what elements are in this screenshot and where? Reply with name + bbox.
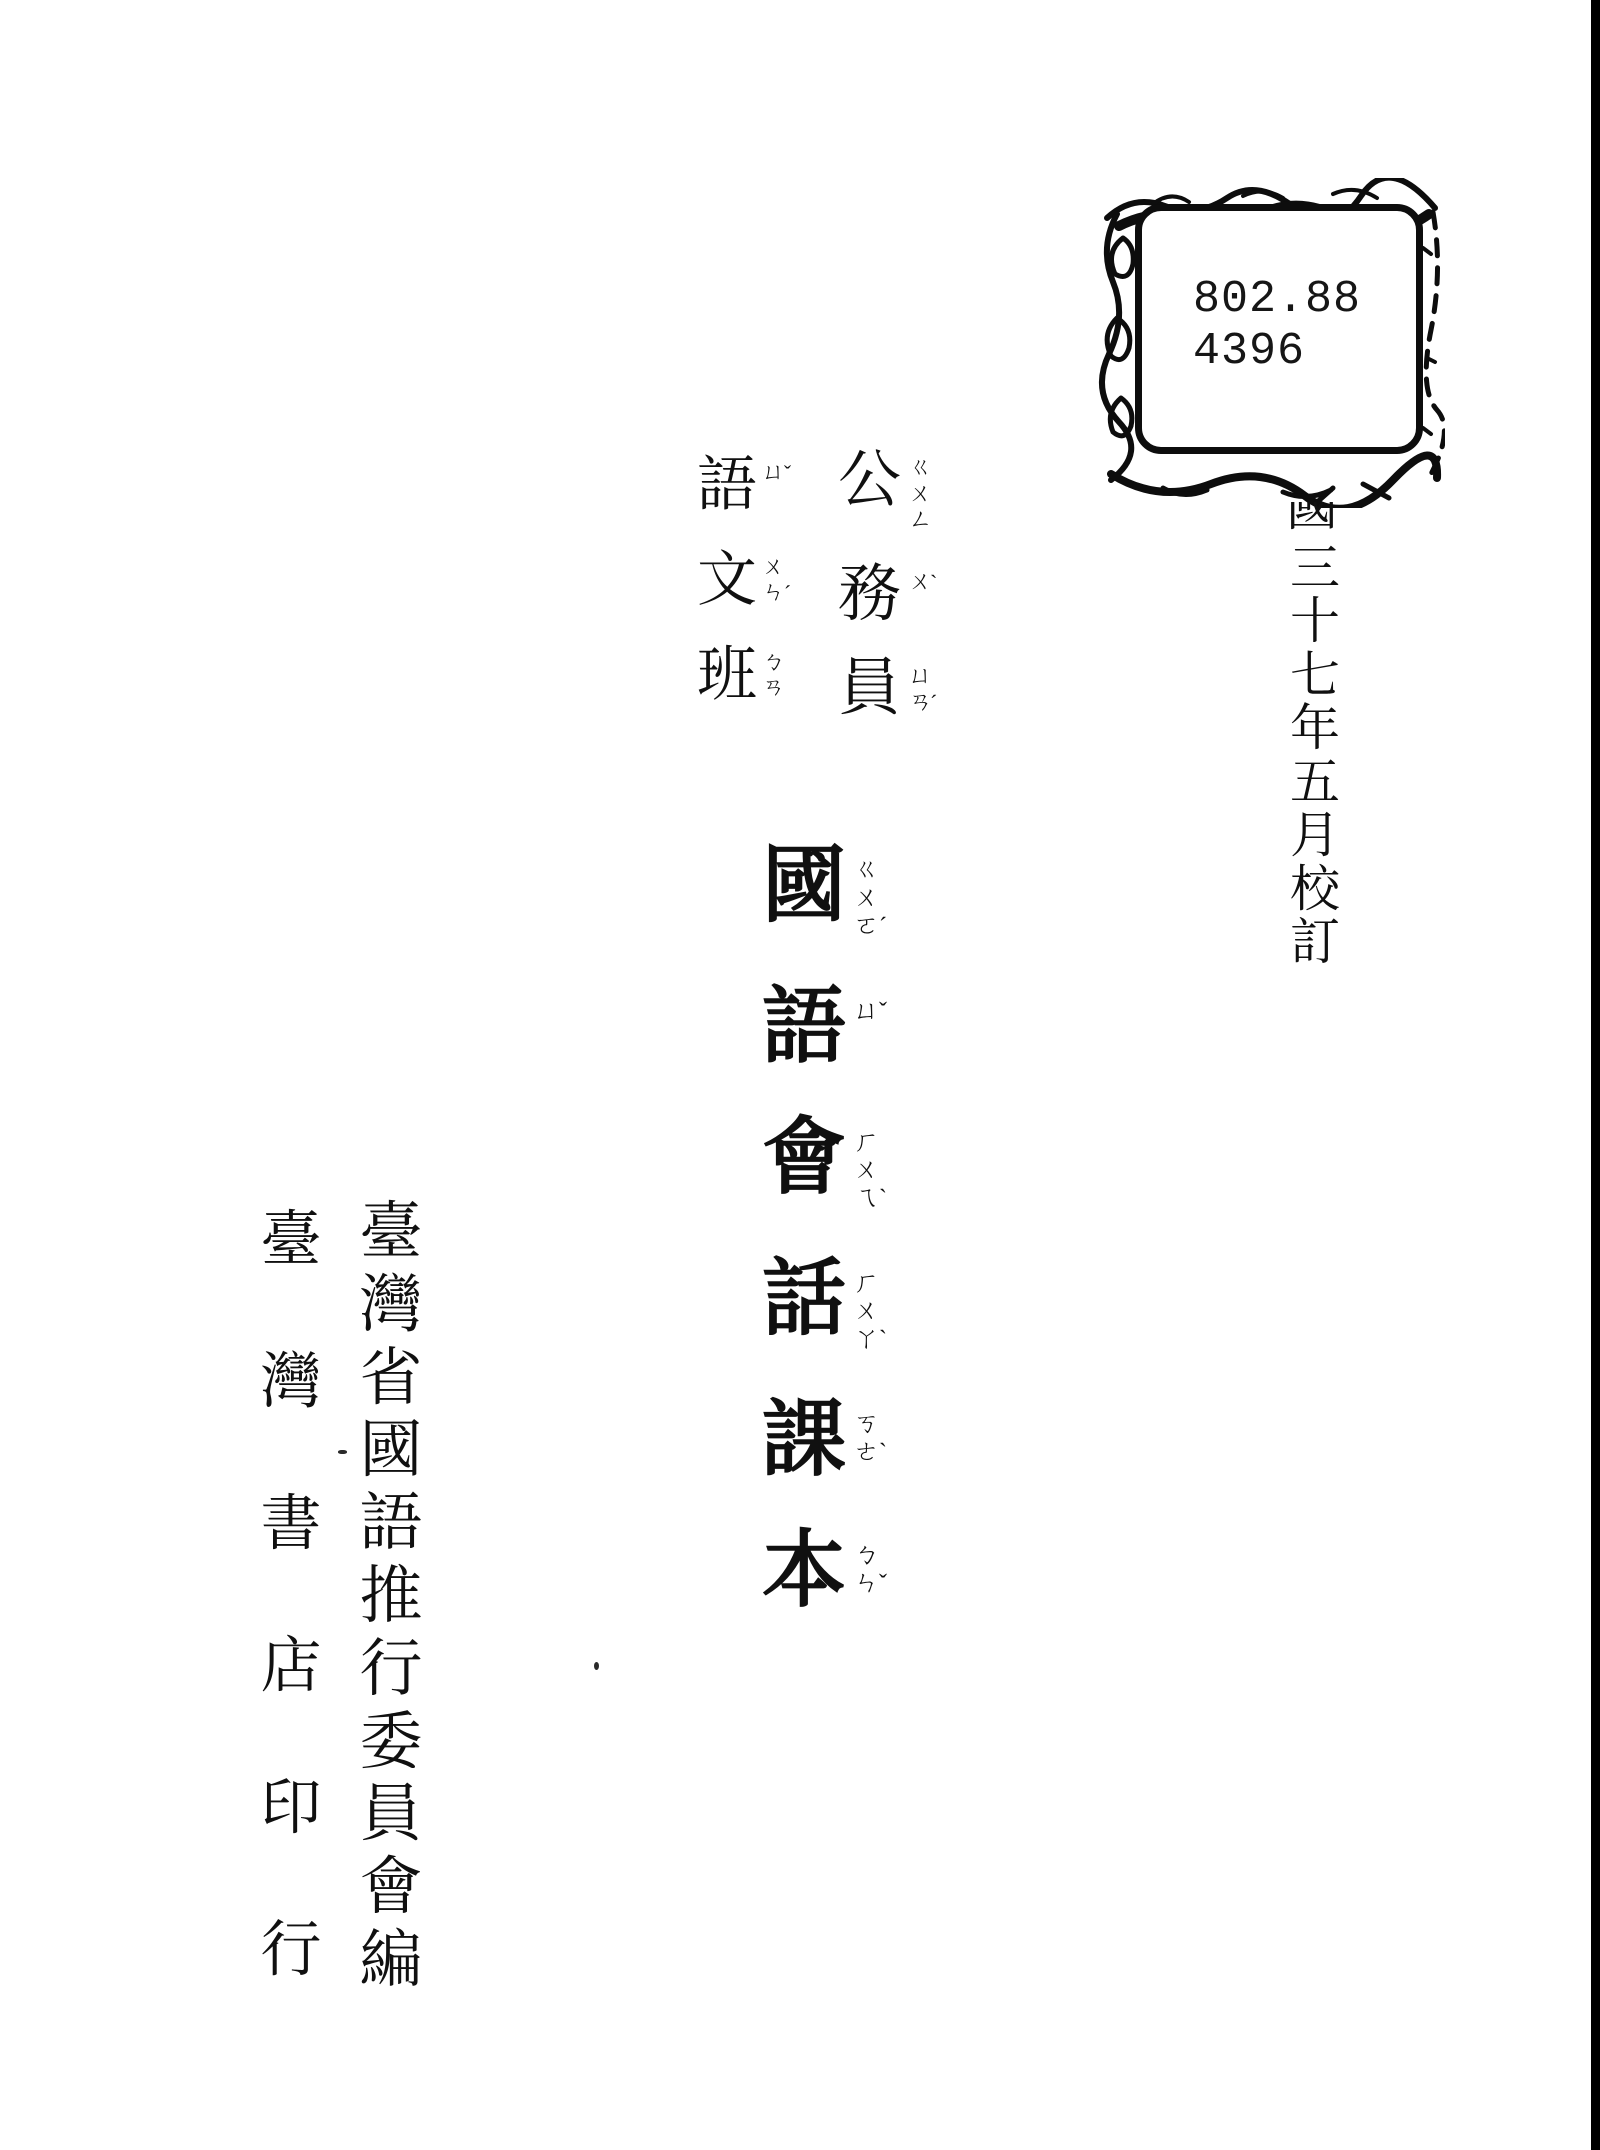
editor-char: 行	[360, 1637, 423, 1701]
zhuyin-glyphs: ㄨ	[905, 568, 929, 594]
zhuyin-annotation: ㄩˇ	[851, 996, 887, 1024]
editor-char: 語	[360, 1491, 423, 1555]
revision-char: 七	[1290, 650, 1340, 700]
editor-char: 委	[360, 1710, 423, 1774]
zhuyin-glyphs: ㄏㄨㄟ	[851, 1127, 877, 1211]
course-label-gongwuyuan: 公 ㄍㄨㄥ 務 ㄨˋ 員 ㄩㄢˊ	[838, 449, 937, 720]
tone-mark: ˋ	[879, 1328, 887, 1352]
title-character-row: 本 ㄅㄣˇ	[762, 1530, 887, 1614]
hanzi-char: 公	[838, 449, 902, 512]
book-title: 國 ㄍㄨㄛˊ 語 ㄩˇ 會 ㄏㄨㄟˋ 話 ㄏㄨㄚˋ 課 ㄎㄜˋ 本 ㄅㄣˇ	[762, 845, 887, 1614]
hanzi-char: 文	[697, 550, 757, 610]
revision-char: 校	[1290, 864, 1340, 914]
annotated-character-row: 公 ㄍㄨㄥ	[838, 449, 937, 532]
partial-character-guo: 國	[1284, 502, 1340, 540]
title-character-row: 話 ㄏㄨㄚˋ	[762, 1258, 887, 1352]
zhuyin-annotation: ㄏㄨㄟˋ	[851, 1127, 887, 1211]
zhuyin-glyphs: ㄩ	[760, 459, 783, 484]
zhuyin-annotation: ㄍㄨㄛˊ	[851, 855, 887, 939]
hanzi-char: 務	[838, 563, 902, 626]
zhuyin-glyphs: ㄨㄣ	[760, 554, 783, 604]
zhuyin-glyphs: ㄅㄣ	[851, 1540, 877, 1596]
zhuyin-glyphs: ㄅㄢ	[760, 649, 783, 699]
printer-column: 臺 灣 書 店 印 行	[259, 1210, 323, 1982]
hanzi-char: 員	[838, 657, 902, 720]
zhuyin-annotation: ㄎㄜˋ	[851, 1409, 887, 1465]
annotated-character-row: 班 ㄅㄢ	[697, 645, 791, 705]
course-label-yuwenban: 語 ㄩˇ 文 ㄨㄣˊ 班 ㄅㄢ	[697, 455, 791, 705]
editor-char: 會	[360, 1855, 423, 1919]
printer-char: 行	[260, 1920, 321, 1982]
hanzi-char: 班	[697, 645, 757, 705]
zhuyin-annotation: ㄅㄣˇ	[851, 1540, 887, 1596]
tone-mark: ˊ	[930, 692, 937, 714]
editor-char: 省	[360, 1346, 423, 1410]
revision-date-column: 三 十 七 年 五 月 校 訂	[1287, 543, 1343, 967]
tone-mark: ˇ	[879, 1572, 887, 1596]
revision-char: 五	[1290, 757, 1340, 807]
revision-char: 月	[1290, 810, 1340, 860]
partial-character-glyph: 國	[1284, 502, 1340, 535]
tone-mark: ˊ	[879, 915, 887, 939]
revision-char: 年	[1290, 703, 1340, 753]
printer-char: 灣	[260, 1352, 321, 1414]
title-character-row: 國 ㄍㄨㄛˊ	[762, 845, 887, 939]
annotated-character-row: 員 ㄩㄢˊ	[838, 657, 937, 720]
tone-mark: ˇ	[879, 1000, 887, 1024]
editor-char: 國	[360, 1418, 423, 1482]
zhuyin-annotation: ㄩㄢˊ	[905, 662, 937, 714]
call-number-stamp: 802.884396	[1093, 178, 1445, 508]
tone-mark: ˋ	[930, 572, 937, 594]
title-hanzi-char: 話	[762, 1258, 847, 1342]
editor-char: 灣	[360, 1273, 423, 1337]
title-hanzi-char: 會	[762, 1117, 847, 1201]
call-number-line2: 4396	[1193, 326, 1361, 378]
title-hanzi-char: 課	[762, 1399, 847, 1483]
title-hanzi-char: 語	[762, 986, 847, 1070]
revision-char: 十	[1290, 596, 1340, 646]
printer-char: 書	[260, 1494, 321, 1556]
title-character-row: 會 ㄏㄨㄟˋ	[762, 1117, 887, 1211]
printer-char: 印	[260, 1778, 321, 1840]
editor-char: 推	[360, 1564, 423, 1628]
title-character-row: 語 ㄩˇ	[762, 986, 887, 1070]
zhuyin-glyphs: ㄏㄨㄚ	[851, 1268, 877, 1352]
zhuyin-annotation: ㄏㄨㄚˋ	[851, 1268, 887, 1352]
hanzi-char: 語	[697, 455, 757, 515]
tone-mark: ˋ	[879, 1441, 887, 1465]
printer-char: 店	[260, 1636, 321, 1698]
tone-mark: ˊ	[784, 583, 791, 604]
zhuyin-annotation: ㄍㄨㄥ	[905, 454, 930, 532]
zhuyin-annotation: ㄅㄢ	[760, 649, 784, 699]
zhuyin-annotation: ㄨˋ	[905, 568, 937, 594]
title-character-row: 課 ㄎㄜˋ	[762, 1399, 887, 1483]
zhuyin-annotation: ㄩˇ	[760, 459, 791, 484]
scan-speck	[594, 1662, 599, 1670]
zhuyin-glyphs: ㄍㄨㄥ	[905, 454, 929, 532]
title-hanzi-char: 本	[762, 1530, 847, 1614]
scan-speck	[338, 1450, 347, 1454]
editor-char: 臺	[360, 1200, 423, 1264]
book-cover-page: 802.884396 國 三 十 七 年 五 月 校 訂 公 ㄍㄨㄥ 務 ㄨˋ …	[0, 0, 1600, 2150]
zhuyin-glyphs: ㄍㄨㄛ	[851, 855, 877, 939]
editor-column: 臺 灣 省 國 語 推 行 委 員 會 編	[357, 1200, 425, 1992]
revision-char: 訂	[1290, 917, 1340, 967]
editor-char: 編	[360, 1928, 423, 1992]
annotated-character-row: 文 ㄨㄣˊ	[697, 550, 791, 610]
tone-mark: ˇ	[784, 463, 791, 484]
zhuyin-glyphs: ㄩㄢ	[905, 662, 929, 714]
revision-char: 三	[1290, 543, 1340, 593]
title-hanzi-char: 國	[762, 845, 847, 929]
editor-char: 員	[360, 1782, 423, 1846]
call-number-line1: 802.88	[1193, 274, 1361, 326]
annotated-character-row: 語 ㄩˇ	[697, 455, 791, 515]
annotated-character-row: 務 ㄨˋ	[838, 563, 937, 626]
zhuyin-glyphs: ㄎㄜ	[851, 1409, 877, 1465]
tone-mark: ˋ	[879, 1187, 887, 1211]
zhuyin-annotation: ㄨㄣˊ	[760, 554, 791, 604]
call-number-text: 802.884396	[1193, 274, 1361, 378]
scan-edge-bar	[1591, 0, 1600, 2150]
zhuyin-glyphs: ㄩ	[851, 996, 877, 1024]
printer-char: 臺	[260, 1210, 321, 1272]
